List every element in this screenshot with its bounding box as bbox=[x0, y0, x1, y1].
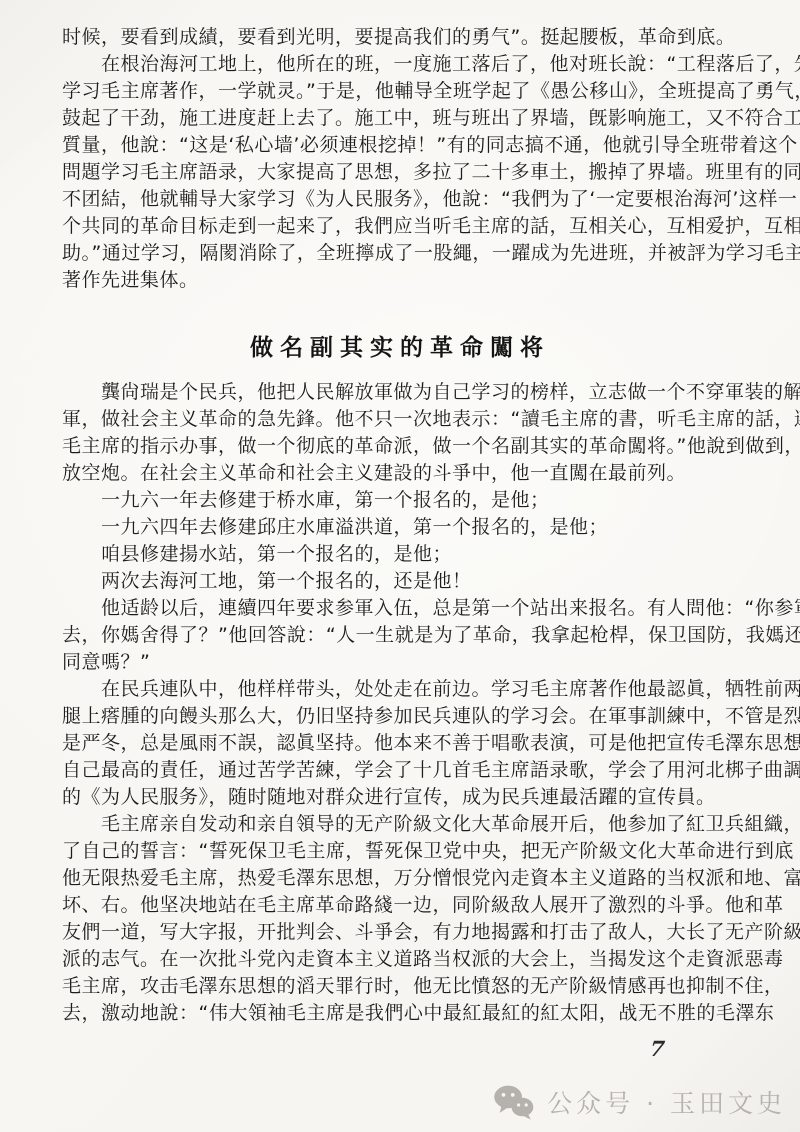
text-line: 在民兵連队中，他样样带头，处处走在前边。学习毛主席著作他最認眞，牺牲前两天， bbox=[62, 676, 800, 703]
text-line: 了自己的誓言：“誓死保卫毛主席，誓死保卫党中央，把无产阶級文化大革命进行到底 bbox=[62, 838, 800, 865]
text-line: 学习毛主席著作，一学就灵。”于是，他輔导全班学起了《愚公移山》，全班提高了勇气， bbox=[62, 78, 800, 105]
text-line: 放空炮。在社会主义革命和社会主义建設的斗爭中，他一直闖在最前列。 bbox=[62, 460, 800, 487]
chapter-title: 做名副其实的革命闖将 bbox=[0, 329, 800, 362]
watermark-text: 公众号 · 玉田文史 bbox=[547, 1084, 786, 1120]
text-line: 派的志气。在一次批斗党內走資本主义道路当权派的大会上，当揭发这个走資派惡毒 bbox=[62, 946, 800, 973]
text-line: 毛主席，攻击毛澤东思想的滔天罪行时，他无比憤怒的无产阶級情感再也抑制不住， bbox=[62, 973, 800, 1000]
text-line: 去，激动地說：“伟大領袖毛主席是我們心中最紅最紅的紅太阳，战无不胜的毛澤东 bbox=[62, 1000, 800, 1027]
text-line: 友們一道，写大字报，开批判会、斗爭会，有力地揭露和打击了敌人，大长了无产阶級 bbox=[62, 919, 800, 946]
scanned-page: 时候，要看到成績，要看到光明，要提高我们的勇气”。挺起腰板，革命到底。 在根治海… bbox=[0, 0, 800, 1132]
text-line: 著作先进集体。 bbox=[62, 267, 800, 294]
text-line: 时候，要看到成績，要看到光明，要提高我们的勇气”。挺起腰板，革命到底。 bbox=[62, 24, 800, 51]
text-line: 咱县修建揚水站，第一个报名的，是他； bbox=[62, 541, 800, 568]
text-line: 一九六一年去修建于桥水庫，第一个报名的，是他； bbox=[62, 487, 800, 514]
text-line: 的《为人民服务》，随时随地对群众进行宣传，成为民兵連最活躍的宣传員。 bbox=[62, 784, 800, 811]
text-line: 同意嗎？” bbox=[62, 649, 800, 676]
text-line: 个共同的革命目标走到一起来了，我們应当听毛主席的話，互相关心，互相爱护，互相帮 bbox=[62, 213, 800, 240]
text-line: 去，你媽舍得了？”他回答說：“人一生就是为了革命，我拿起枪桿，保卫国防，我媽还不 bbox=[62, 622, 800, 649]
text-line: 問題学习毛主席語录，大家提高了思想，多拉了二十多車土，搬掉了界墙。班里有的同志閙 bbox=[62, 159, 800, 186]
text-line: 他无限热爱毛主席，热爱毛澤东思想，万分憎恨党內走資本主义道路的当权派和地、富、 bbox=[62, 865, 800, 892]
text-line: 他适龄以后，連續四年要求参軍入伍，总是第一个站出来报名。有人問他：“你参軍 bbox=[62, 595, 800, 622]
text-line: 毛主席亲自发动和亲自領导的无产阶級文化大革命展开后，他参加了紅卫兵組織，订 bbox=[62, 811, 800, 838]
body-paragraphs: 龔尙瑞是个民兵，他把人民解放軍做为自己学习的榜样，立志做一个不穿軍装的解放軍，做… bbox=[62, 379, 800, 1027]
text-line: 不团結，他就輔导大家学习《为人民服务》，他說：“我們为了‘一定要根治海河’这样一 bbox=[62, 186, 800, 213]
watermark-footer: 公众号 · 玉田文史 bbox=[493, 1084, 786, 1120]
text-line: 助。”通过学习，隔閡消除了，全班擰成了一股繩，一躍成为先进班，并被評为学习毛主席 bbox=[62, 240, 800, 267]
text-line: 龔尙瑞是个民兵，他把人民解放軍做为自己学习的榜样，立志做一个不穿軍装的解放 bbox=[62, 379, 800, 406]
text-line: 質量，他說：“这是‘私心墙’必须連根挖掉！”有的同志搞不通，他就引导全班带着这个 bbox=[62, 132, 800, 159]
page-number: 7 bbox=[649, 1036, 666, 1061]
text-line: 軍，做社会主义革命的急先鋒。他不只一次地表示：“讀毛主席的書，听毛主席的話，遵照 bbox=[62, 406, 800, 433]
text-line: 鼓起了干劲，施工进度赶上去了。施工中，班与班出了界墙，旣影响施工，又不符合工程 bbox=[62, 105, 800, 132]
text-line: 两次去海河工地，第一个报名的，还是他！ bbox=[62, 568, 800, 595]
text-line: 在根治海河工地上，他所在的班，一度施工落后了，他对班长說：“工程落后了，先抓 bbox=[62, 51, 800, 78]
text-line: 腿上瘩腫的向饅头那么大，仍旧坚持参加民兵連队的学习会。在軍事訓練中，不管是烈夏还 bbox=[62, 703, 800, 730]
text-line: 是严冬，总是風雨不誤，認眞坚持。他本来不善于唱歌表演，可是他把宣传毛澤东思想看 bbox=[62, 730, 800, 757]
intro-paragraphs: 时候，要看到成績，要看到光明，要提高我们的勇气”。挺起腰板，革命到底。 在根治海… bbox=[62, 24, 800, 294]
text-line: 一九六四年去修建邱庄水庫溢洪道，第一个报名的，是他； bbox=[62, 514, 800, 541]
text-line: 毛主席的指示办事，做一个彻底的革命派，做一个名副其实的革命闖将。”他說到做到，不 bbox=[62, 433, 800, 460]
text-line: 自己最高的責任，通过苦学苦練，学会了十几首毛主席語录歌，学会了用河北梆子曲調譜 bbox=[62, 757, 800, 784]
text-line: 坏、右。他坚决地站在毛主席革命路綫一边，同阶級敌人展开了激烈的斗爭。他和革 bbox=[62, 892, 800, 919]
wechat-icon bbox=[493, 1084, 535, 1120]
